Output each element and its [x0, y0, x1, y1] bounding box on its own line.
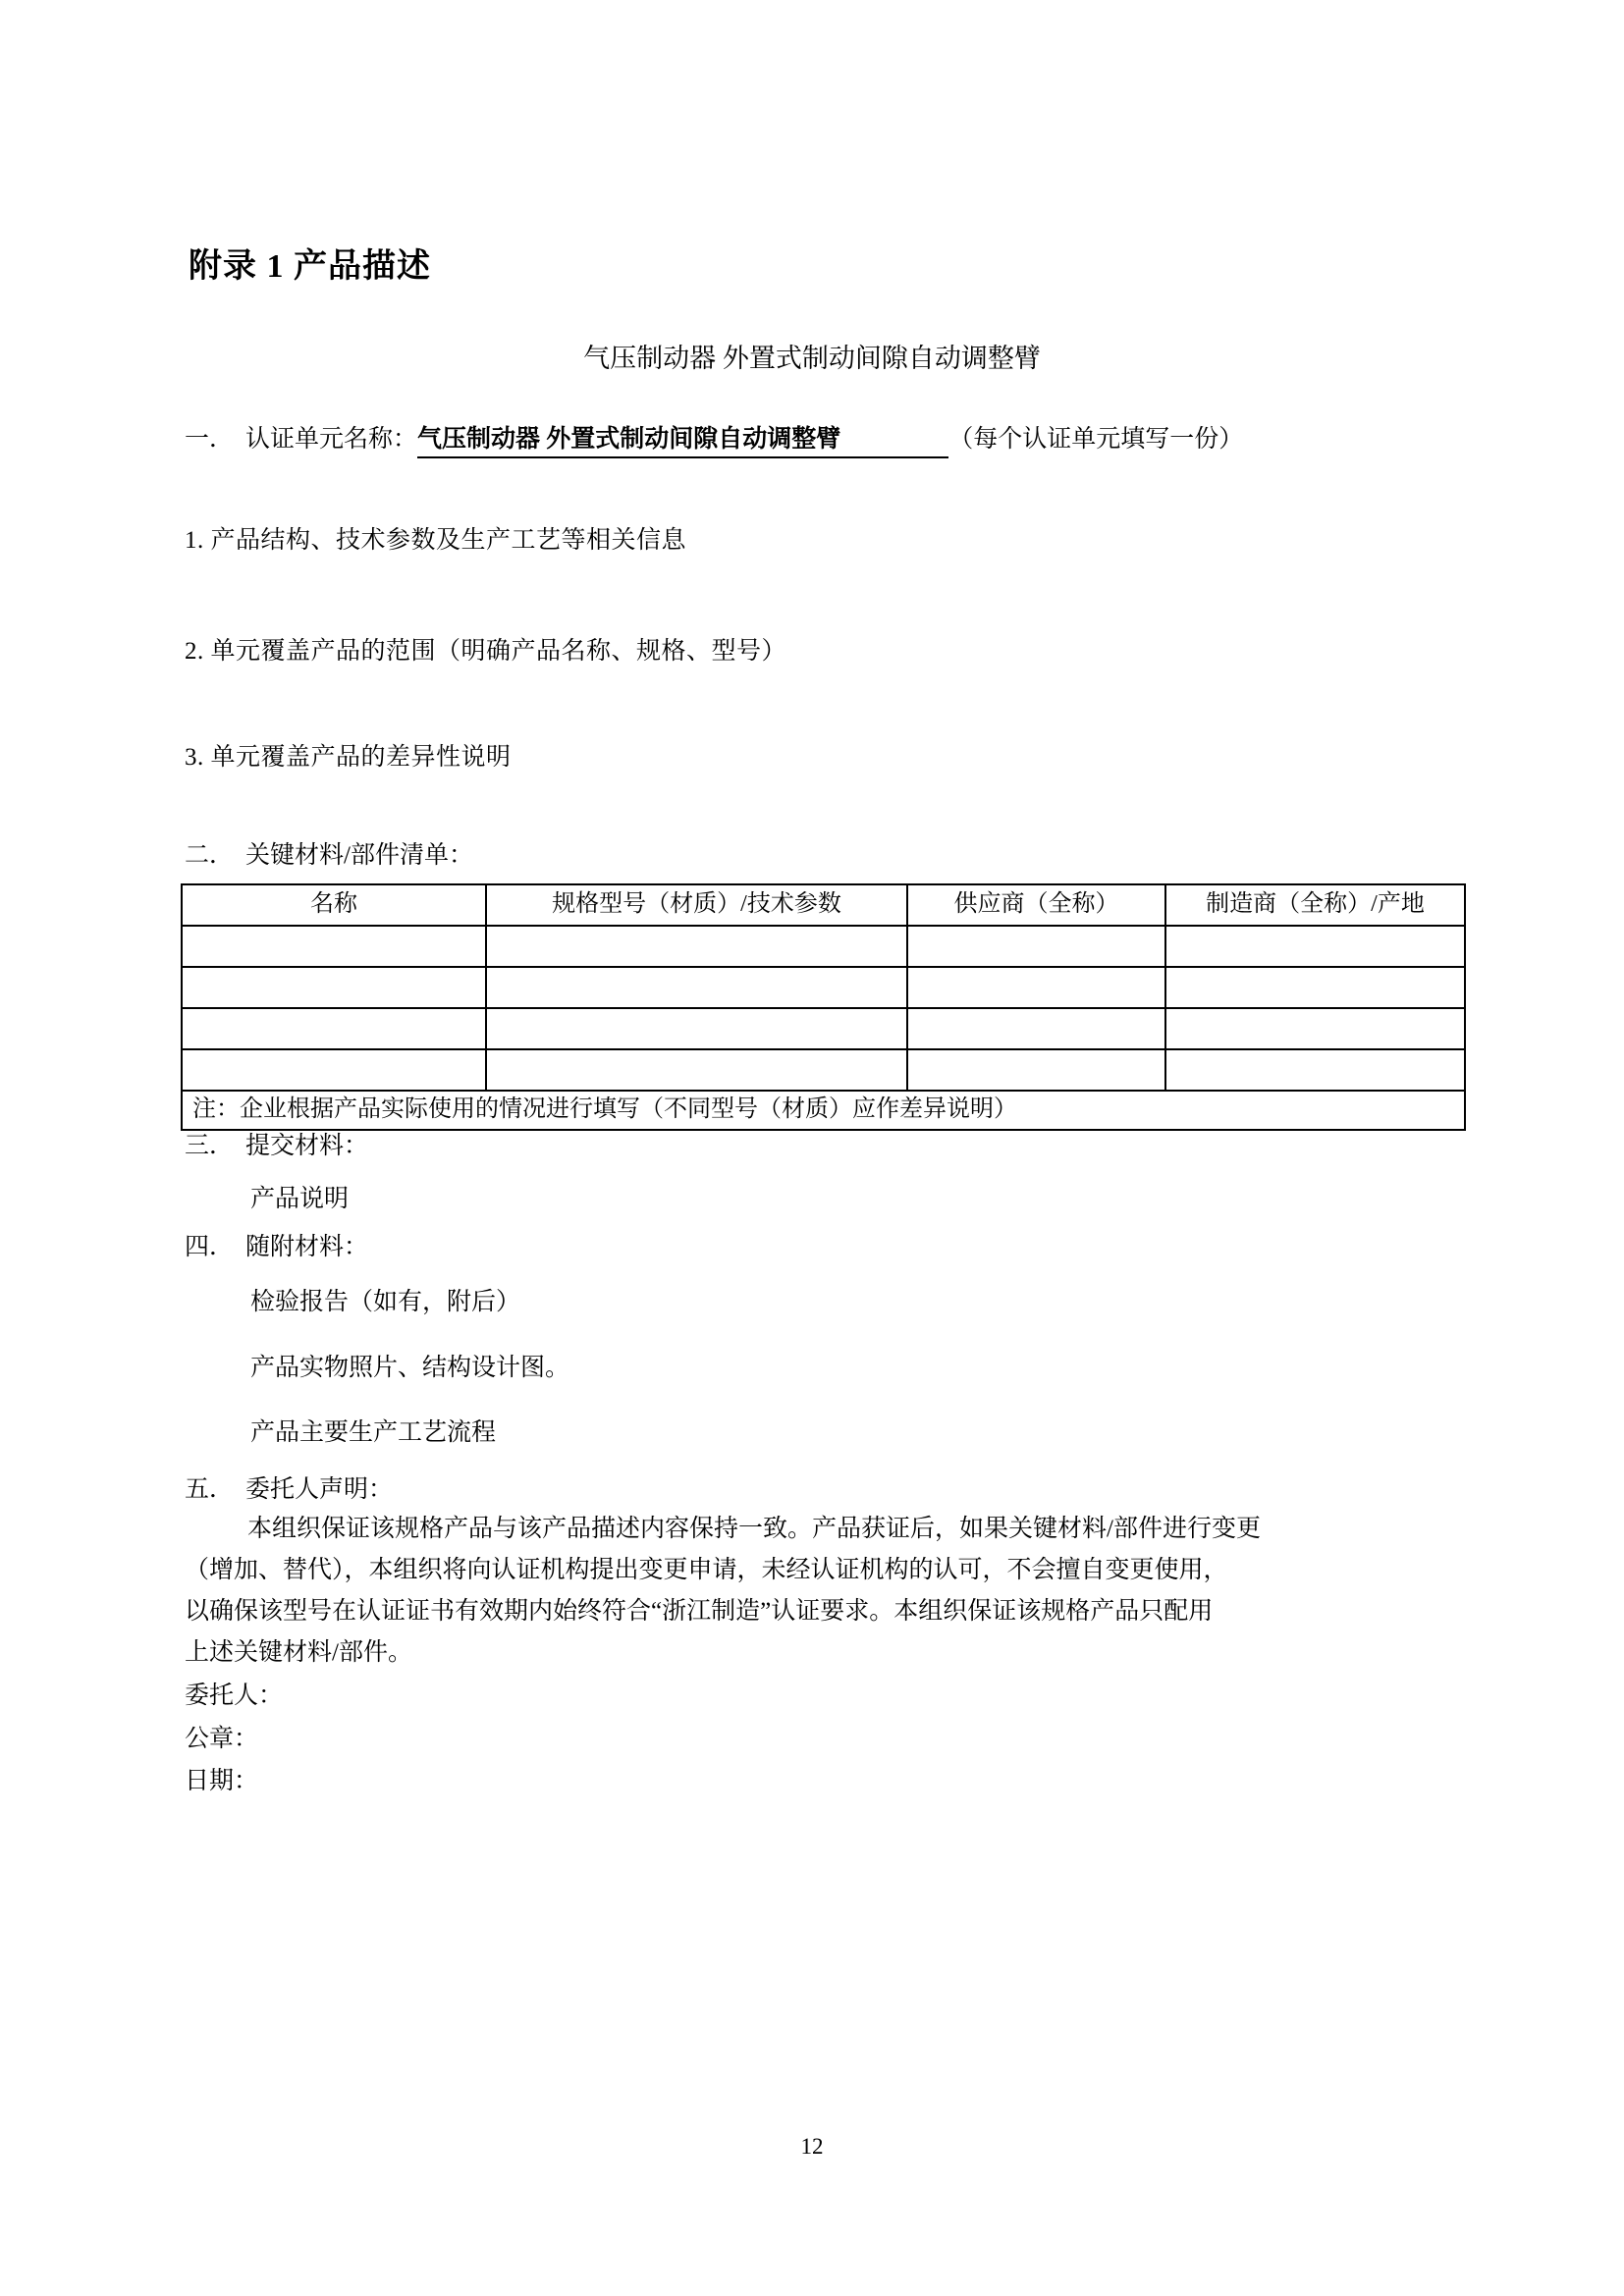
table-empty-cell	[907, 967, 1165, 1008]
table-empty-cell	[907, 926, 1165, 967]
table-empty-cell	[1165, 1049, 1465, 1091]
table-row	[182, 1008, 1465, 1049]
signature-consignor-label: 委托人：	[185, 1681, 283, 1713]
declaration-line: 上述关键材料/部件。	[185, 1632, 1461, 1674]
section-4-item-1: 检验报告（如有，附后）	[250, 1287, 520, 1319]
table-note-row: 注：企业根据产品实际使用的情况进行填写（不同型号（材质）应作差异说明）	[182, 1091, 1465, 1130]
table-empty-cell	[1165, 1008, 1465, 1049]
certification-unit-name: 气压制动器 外置式制动间隙自动调整臂	[417, 424, 948, 458]
section-4-label: 随附材料：	[245, 1234, 368, 1260]
table-empty-cell	[1165, 967, 1465, 1008]
declaration-line: 以确保该型号在认证证书有效期内始终符合“浙江制造”认证要求。本组织保证该规格产品…	[185, 1591, 1461, 1632]
table-empty-cell	[182, 926, 486, 967]
key-materials-table: 名称 规格型号（材质）/技术参数 供应商（全称） 制造商（全称）/产地	[181, 883, 1466, 1131]
section-3-item-1: 产品说明	[250, 1184, 349, 1216]
declaration-line: （增加、替代），本组织将向认证机构提出变更申请，未经认证机构的认可，不会擅自变更…	[185, 1550, 1461, 1591]
section-5-marker: 五．	[185, 1474, 245, 1507]
page-title: 附录 1 产品描述	[189, 245, 431, 289]
section-2-heading: 二．关键材料/部件清单：	[185, 840, 473, 873]
page-number: 12	[0, 2132, 1624, 2162]
declaration-paragraph: 本组织保证该规格产品与该产品描述内容保持一致。产品获证后，如果关键材料/部件进行…	[185, 1509, 1461, 1674]
table-empty-cell	[486, 926, 907, 967]
signature-date-label: 日期：	[185, 1766, 258, 1798]
table-header-row: 名称 规格型号（材质）/技术参数 供应商（全称） 制造商（全称）/产地	[182, 884, 1465, 926]
section-4-item-2: 产品实物照片、结构设计图。	[250, 1353, 569, 1385]
section-3-marker: 三．	[185, 1131, 245, 1163]
table-header-manufacturer: 制造商（全称）/产地	[1165, 884, 1465, 926]
section-2-marker: 二．	[185, 840, 245, 873]
section-5-label: 委托人声明：	[245, 1476, 393, 1503]
document-page: 附录 1 产品描述 气压制动器 外置式制动间隙自动调整臂 一．认证单元名称：气压…	[0, 0, 1624, 2296]
signature-seal-label: 公章：	[185, 1724, 258, 1756]
section-1-marker: 一．	[185, 424, 245, 456]
table-empty-cell	[486, 1008, 907, 1049]
table-empty-cell	[1165, 926, 1465, 967]
table-empty-cell	[486, 967, 907, 1008]
section-4-marker: 四．	[185, 1232, 245, 1264]
section-1-item-3: 3. 单元覆盖产品的差异性说明	[185, 742, 512, 774]
section-2-label: 关键材料/部件清单：	[245, 842, 473, 869]
table-header-supplier: 供应商（全称）	[907, 884, 1165, 926]
section-1-heading: 一．认证单元名称：气压制动器 外置式制动间隙自动调整臂（每个认证单元填写一份）	[185, 424, 1243, 458]
table-row	[182, 967, 1465, 1008]
section-1-item-1: 1. 产品结构、技术参数及生产工艺等相关信息	[185, 525, 686, 558]
table-empty-cell	[182, 1008, 486, 1049]
table-empty-cell	[907, 1008, 1165, 1049]
table-note: 注：企业根据产品实际使用的情况进行填写（不同型号（材质）应作差异说明）	[182, 1091, 1465, 1130]
table-row	[182, 926, 1465, 967]
section-5-heading: 五．委托人声明：	[185, 1474, 393, 1507]
table-header-name: 名称	[182, 884, 486, 926]
section-3-label: 提交材料：	[245, 1133, 368, 1159]
declaration-line: 本组织保证该规格产品与该产品描述内容保持一致。产品获证后，如果关键材料/部件进行…	[185, 1509, 1461, 1550]
section-1-label: 认证单元名称：	[245, 426, 417, 453]
section-1-item-2: 2. 单元覆盖产品的范围（明确产品名称、规格、型号）	[185, 636, 786, 668]
product-subtitle: 气压制动器 外置式制动间隙自动调整臂	[0, 342, 1624, 376]
section-1-suffix: （每个认证单元填写一份）	[948, 426, 1243, 453]
table-header-spec: 规格型号（材质）/技术参数	[486, 884, 907, 926]
section-3-heading: 三．提交材料：	[185, 1131, 368, 1163]
table-empty-cell	[907, 1049, 1165, 1091]
table-empty-cell	[182, 1049, 486, 1091]
table-row	[182, 1049, 1465, 1091]
table-empty-cell	[486, 1049, 907, 1091]
table-empty-cell	[182, 967, 486, 1008]
section-4-item-3: 产品主要生产工艺流程	[250, 1417, 496, 1450]
section-4-heading: 四．随附材料：	[185, 1232, 368, 1264]
